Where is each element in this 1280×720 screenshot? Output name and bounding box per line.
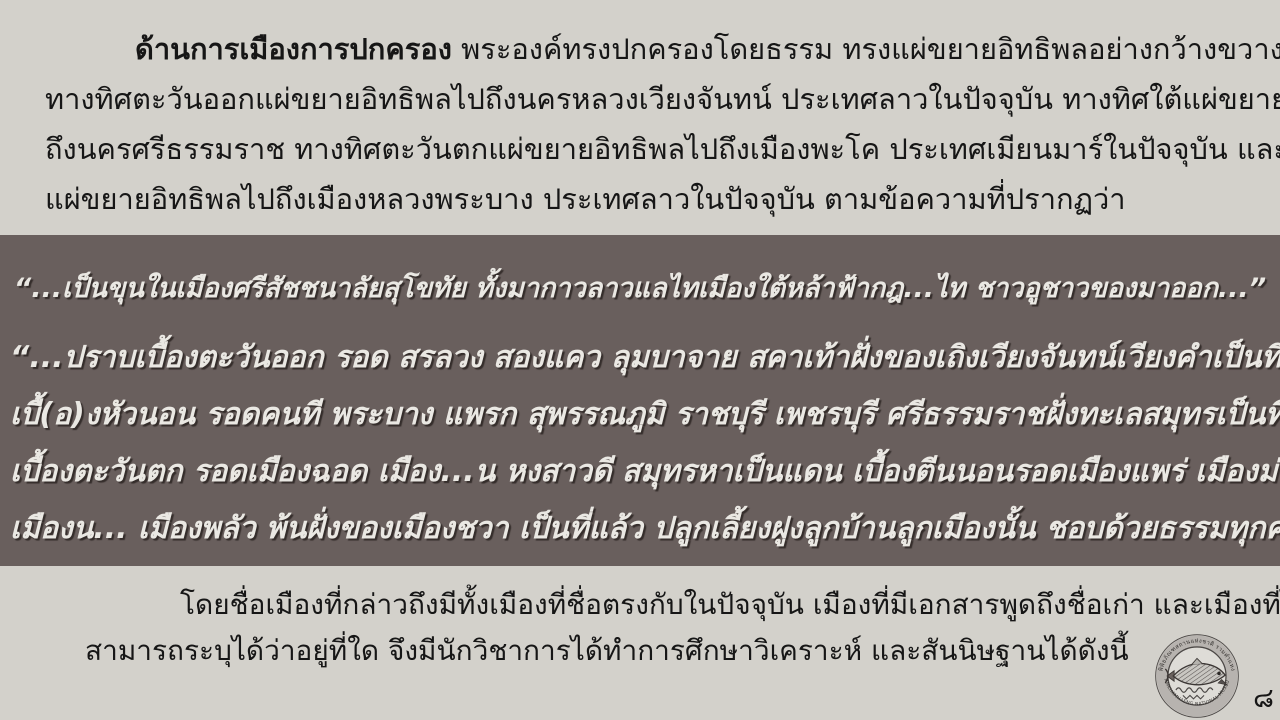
museum-seal-icon: พิพิธภัณฑสถานแห่งชาติ รามคำแหง RAMKHAMHA… (1152, 632, 1242, 720)
bottom-paragraph: โดยชื่อเมืองที่กล่าวถึงมีทั้งเมืองที่ชื่… (0, 566, 1280, 720)
inscription-quote-2-line-1: “...ปราบเบื้องตะวันออก รอด สรลวง สองแคว … (10, 329, 1270, 386)
bottom-paragraph-line-1: โดยชื่อเมืองที่กล่าวถึงมีทั้งเมืองที่ชื่… (85, 582, 1220, 628)
slide-page: { "page": { "background": "#d3d1cb", "ba… (0, 0, 1280, 720)
top-paragraph-line-1-rest: พระองค์ทรงปกครองโดยธรรม ทรงแผ่ขยายอิทธิพ… (452, 32, 1280, 66)
page-number: ๘ (1253, 684, 1274, 714)
top-paragraph-line-4: แผ่ขยายอิทธิพลไปถึงเมืองหลวงพระบาง ประเท… (45, 174, 1240, 224)
top-paragraph-line-2: ทางทิศตะวันออกแผ่ขยายอิทธิพลไปถึงนครหลวง… (45, 74, 1240, 124)
inscription-quote-2-line-3: เบื้องตะวันตก รอดเมืองฉอด เมือง...น หงสา… (10, 443, 1270, 500)
top-paragraph-line-1: ด้านการเมืองการปกครอง พระองค์ทรงปกครองโด… (45, 24, 1240, 74)
bottom-paragraph-line-2: สามารถระบุได้ว่าอยู่ที่ใด จึงมีนักวิชากา… (85, 628, 1220, 674)
top-paragraph-line-3: ถึงนครศรีธรรมราช ทางทิศตะวันตกแผ่ขยายอิท… (45, 124, 1240, 174)
paragraph-lead-heading: ด้านการเมืองการปกครอง (135, 32, 452, 66)
inscription-quote-band: “...เป็นขุนในเมืองศรีสัชชนาลัยสุโขทัย ทั… (0, 235, 1280, 566)
top-paragraph: ด้านการเมืองการปกครอง พระองค์ทรงปกครองโด… (0, 0, 1280, 235)
inscription-quote-2-line-4: เมืองน... เมืองพลัว พ้นฝั่งของเมืองชวา เ… (10, 500, 1270, 557)
inscription-quote-1: “...เป็นขุนในเมืองศรีสัชชนาลัยสุโขทัย ทั… (10, 269, 1270, 309)
inscription-quote-2-line-2: เบื้(อ)งหัวนอน รอดคนที พระบาง แพรก สุพรร… (10, 386, 1270, 443)
